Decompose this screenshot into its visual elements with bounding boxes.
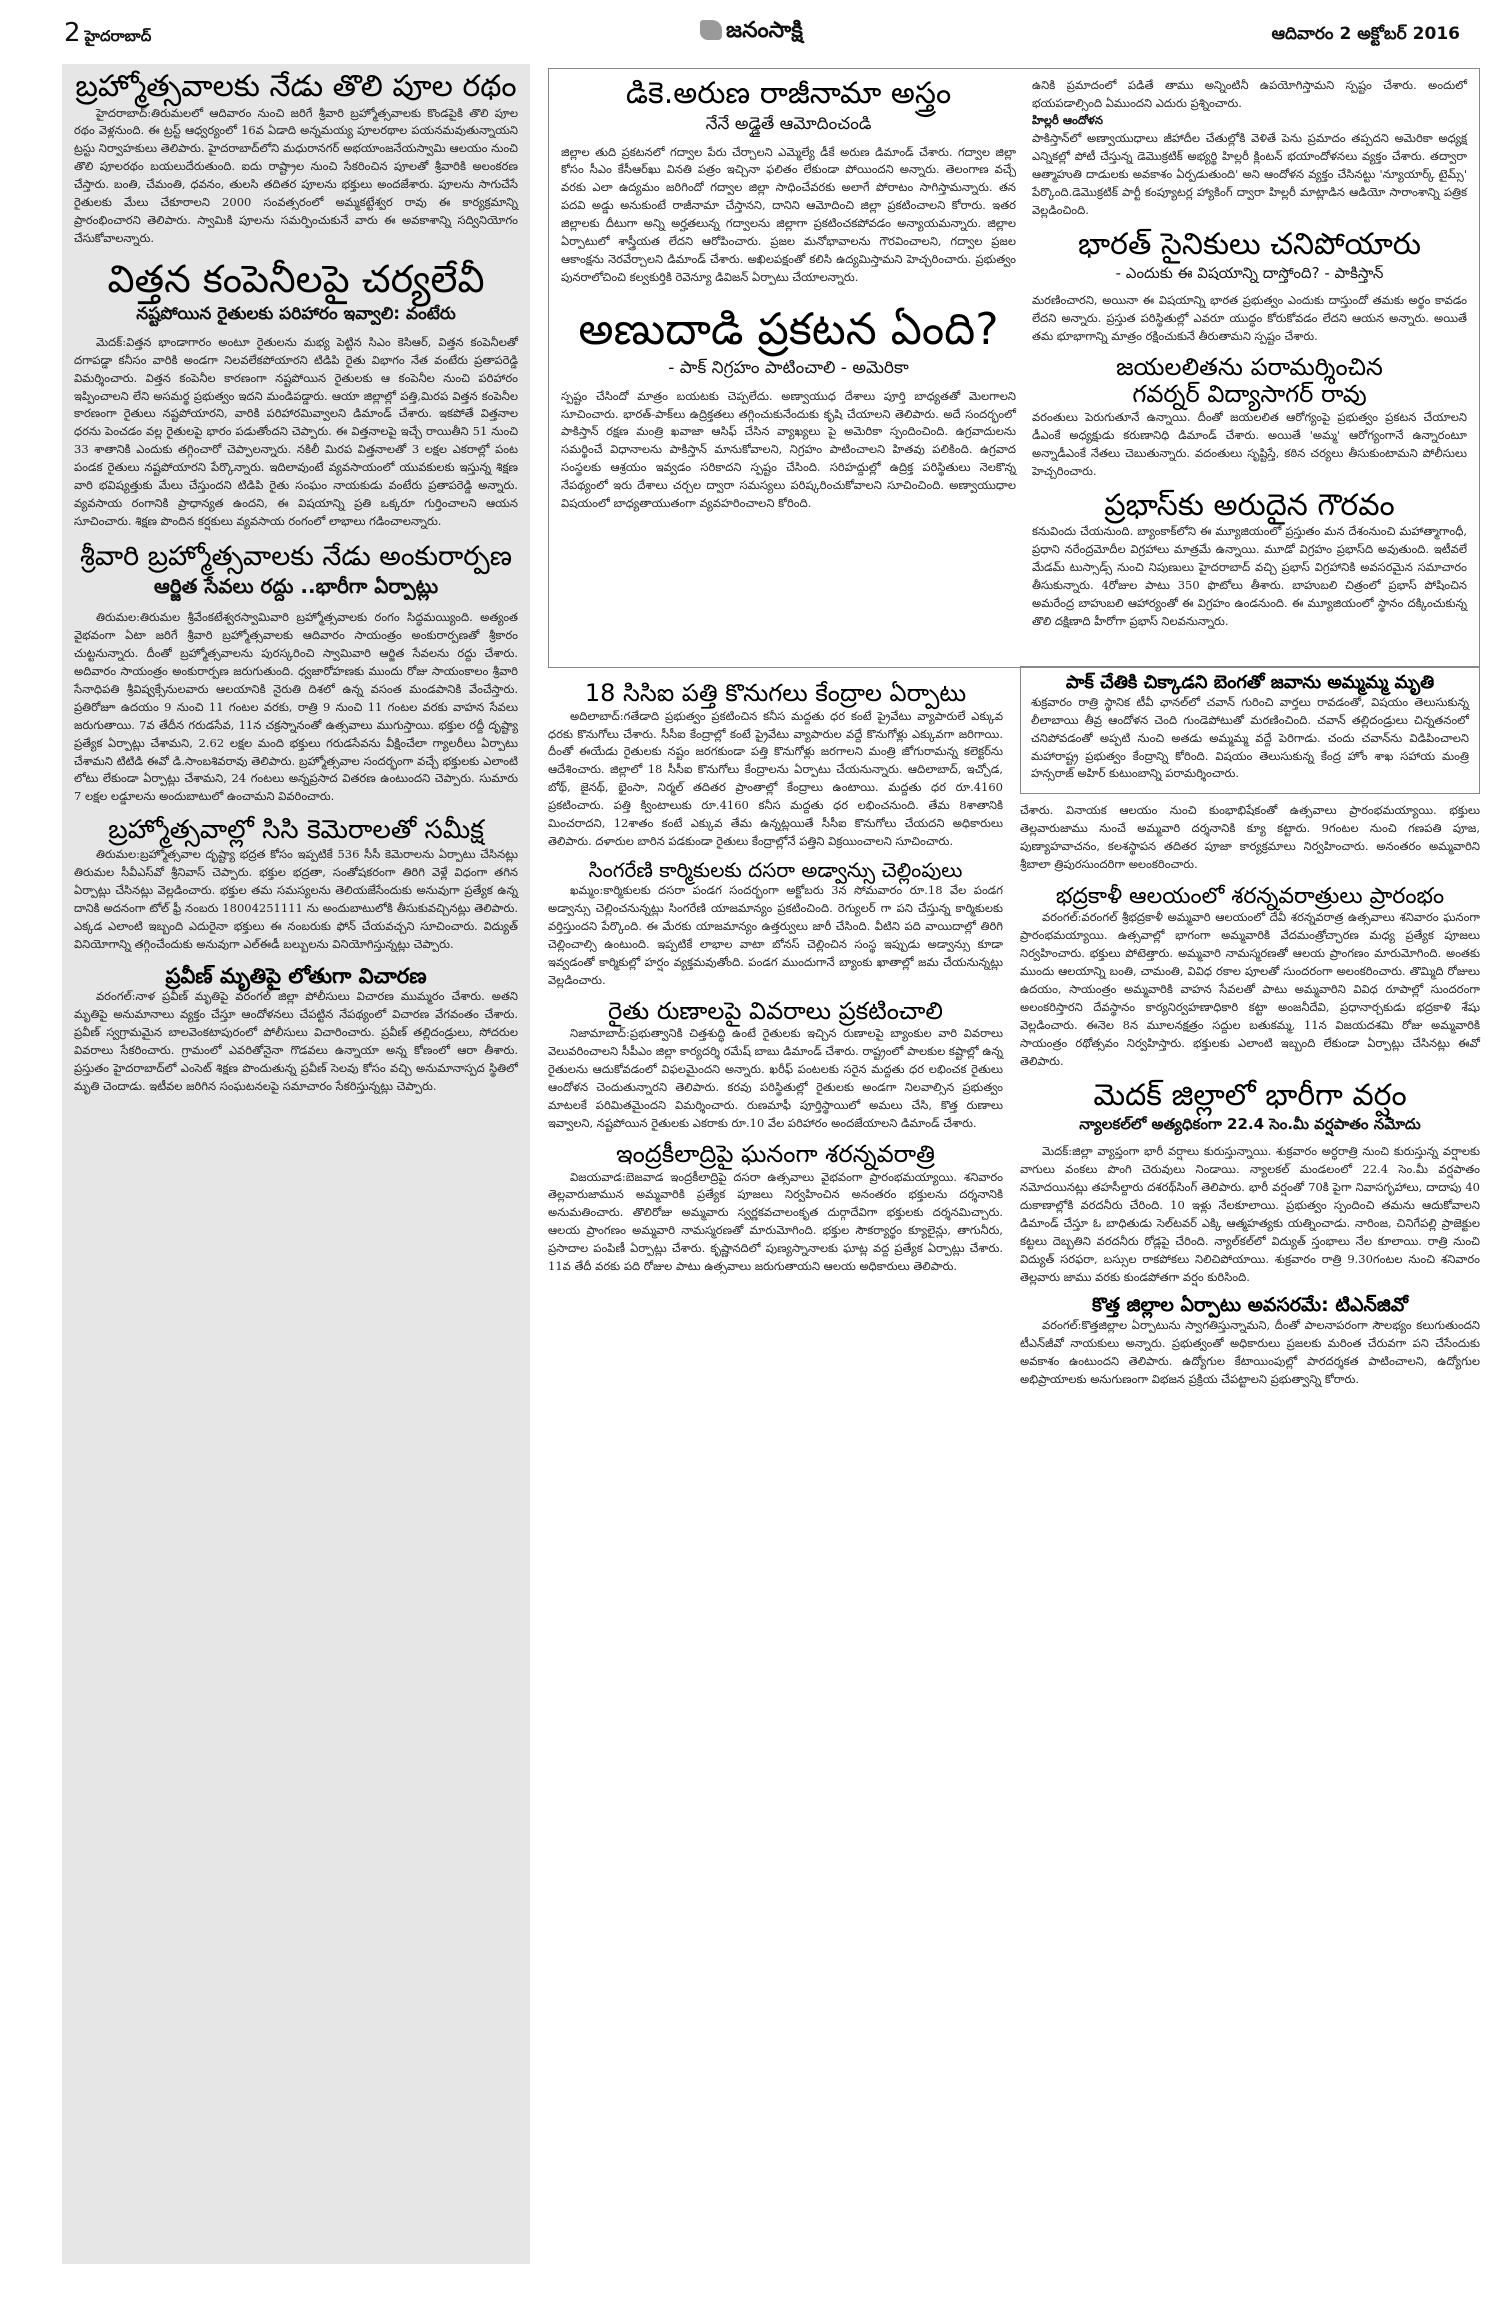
story-cci-cotton: 18 సిసిఐ పత్తి కొనుగలు కేంద్రాల ఏర్పాటు … bbox=[548, 680, 1003, 851]
story-tngo-new-districts: కొత్త జిల్లాల ఏర్పాటు అవసరమే: టిఎన్‌జివో… bbox=[1020, 1295, 1480, 1389]
article-body: మరణించారని, అయినా ఈ విషయాన్ని భారత ప్రభు… bbox=[1032, 292, 1467, 346]
story-dk-aruna: డికె.అరుణ రాజీనామా అస్త్రం నేనే అడ్డైతే … bbox=[561, 77, 1016, 287]
subheadline: నష్టపోయిన రైతులకు పరిహారం ఇవ్వాలి: వంటేర… bbox=[74, 304, 518, 328]
headline: అణుదాడి ప్రకటన ఏంది? bbox=[561, 305, 1016, 356]
article-body: ఖమ్మం:కార్మికులకు దసరా పండగ సందర్భంగా అక… bbox=[548, 882, 1003, 990]
headline: విత్తన కంపెనీలపై చర్యలేవీ bbox=[74, 258, 518, 302]
article-body: వరంగల్:వరంగల్ శ్రీభద్రకాళీ అమ్మవారి ఆలయం… bbox=[1020, 909, 1480, 1070]
article-body: మెదక్:జిల్లా వ్యాప్తంగా భారీ వర్షాలు కుర… bbox=[1020, 1143, 1480, 1287]
headline: ప్రభాస్‌కు అరుదైన గౌరవం bbox=[1032, 489, 1467, 524]
left-column: బ్రహ్మోత్సవాలకు నేడు తొలి పూల రథం హైదరాబ… bbox=[62, 64, 530, 2264]
headline: బ్రహ్మోత్సవాలకు నేడు తొలి పూల రథం bbox=[74, 70, 518, 105]
article-body: మెదక్:విత్తన భాండాగారం అంటూ రైతులను మభ్య… bbox=[74, 334, 518, 531]
story-bhadrakali-navaratri: చేశారు. వినాయక ఆలయం నుంచి కుంభాభిషేకంతో … bbox=[1020, 802, 1480, 1070]
story-jawan-grandmother: పాక్ చేతికి చిక్కాడని బెంగతో జవాను అమ్మమ… bbox=[1020, 666, 1480, 794]
headline: మెదక్ జిల్లాలో భారీగా వర్షం bbox=[1020, 1079, 1480, 1114]
story-indian-soldiers: భారత్ సైనికులు చనిపోయారు - ఎందుకు ఈ విషయ… bbox=[1032, 228, 1467, 346]
article-body-continued: చేశారు. వినాయక ఆలయం నుంచి కుంభాభిషేకంతో … bbox=[1020, 802, 1480, 874]
middle-column: 18 సిసిఐ పత్తి కొనుగలు కేంద్రాల ఏర్పాటు … bbox=[548, 680, 1003, 2250]
article-body: కనువిందు చేయనుంది. బ్యాంకాక్‌లోని ఈ మ్యూ… bbox=[1032, 523, 1467, 631]
headline: బ్రహ్మోత్సవాల్లో సిసి కెమెరాలతో సమీక్ష bbox=[74, 816, 518, 846]
story-nuclear-statement: అణుదాడి ప్రకటన ఏంది? - పాక్ నిగ్రహం పాటి… bbox=[561, 305, 1016, 513]
article-body: తిరుమల:బ్రహ్మోత్సవాల దృష్ట్యా భద్రత కోసం… bbox=[74, 846, 518, 954]
masthead: 2హైదరాబాద్ జనంసాక్షి ఆదివారం 2 అక్టోబర్ … bbox=[0, 0, 1500, 64]
headline: భారత్ సైనికులు చనిపోయారు bbox=[1032, 228, 1467, 263]
headline-line-2: గవర్నర్ విద్యాసాగర్ రావు bbox=[1032, 381, 1467, 409]
story-cc-cameras: బ్రహ్మోత్సవాల్లో సిసి కెమెరాలతో సమీక్ష త… bbox=[74, 816, 518, 954]
article-body: శుక్రవారం రాత్రి స్థానిక టీవీ ఛానల్‌లో చ… bbox=[1031, 694, 1469, 784]
headline-line-1: జయలలితను పరామర్శించిన bbox=[1032, 354, 1467, 382]
top-box-left: డికె.అరుణ రాజీనామా అస్త్రం నేనే అడ్డైతే … bbox=[561, 77, 1016, 521]
article-body: ఉనికి ప్రమాదంలో పడితే తాము అన్నింటినీ ఉప… bbox=[1032, 77, 1467, 113]
page-number: 2హైదరాబాద్ bbox=[64, 18, 151, 49]
headline: ఇంద్రకీలాద్రిపై ఘనంగా శరన్నవరాత్రి bbox=[548, 1141, 1003, 1169]
article-body: తిరుమల:తిరుమల శ్రీవేంకటేశ్వరస్వామివారి బ… bbox=[74, 609, 518, 806]
headline: శ్రీవారి బ్రహ్మోత్సవాలకు నేడు అంకురార్పణ bbox=[74, 541, 518, 572]
story-farmer-loans: రైతు రుణాలపై వివరాలు ప్రకటించాలి నిజామాబ… bbox=[548, 998, 1003, 1133]
section-name: హైదరాబాద్ bbox=[85, 27, 152, 45]
headline: భద్రకాళీ ఆలయంలో శరన్నవరాత్రులు ప్రారంభం bbox=[1020, 884, 1480, 909]
subheadline: ఆర్జిత సేవలు రద్దు ..భారీగా ఏర్పాట్లు bbox=[74, 574, 518, 603]
subheadline: - పాక్ నిగ్రహం పాటించాలి - అమెరికా bbox=[561, 358, 1016, 382]
story-praveen-death: ప్రవీణ్ మృతిపై లోతుగా విచారణ వరంగల్:నాళ … bbox=[74, 964, 518, 1096]
article-body: పాకిస్తాన్‌లో అణ్వాయుధాలు జీహాదీల చేతుల్… bbox=[1032, 130, 1467, 220]
story-brahmotsavam-ankurarpana: శ్రీవారి బ్రహ్మోత్సవాలకు నేడు అంకురార్పణ… bbox=[74, 541, 518, 806]
headline: సింగరేణి కార్మికులకు దసరా అడ్వాన్సు చెల్… bbox=[548, 859, 1003, 882]
story-medak-rain: మెదక్ జిల్లాలో భారీగా వర్షం న్యాలకల్‌లో … bbox=[1020, 1079, 1480, 1287]
article-body: వరంగల్:నాళ ప్రవీణ్ మృతిపై వరంగల్ జిల్లా … bbox=[74, 988, 518, 1096]
telangana-map-icon bbox=[700, 20, 722, 40]
dateline: ఆదివారం 2 అక్టోబర్ 2016 bbox=[1271, 24, 1460, 48]
story-singareni-advance: సింగరేణి కార్మికులకు దసరా అడ్వాన్సు చెల్… bbox=[548, 859, 1003, 990]
story-flower-chariot: బ్రహ్మోత్సవాలకు నేడు తొలి పూల రథం హైదరాబ… bbox=[74, 70, 518, 248]
subheadline: న్యాలకల్‌లో అత్యధికంగా 22.4 సెం.మీ వర్షప… bbox=[1020, 1115, 1480, 1137]
headline: రైతు రుణాలపై వివరాలు ప్రకటించాలి bbox=[548, 998, 1003, 1026]
article-body: నిజామాబాద్:ప్రభుత్వానికి చిత్తశుద్ధి ఉంట… bbox=[548, 1025, 1003, 1133]
article-body: స్పష్టం చేసిందో మాత్రం బయటకు చెప్పలేదు. … bbox=[561, 388, 1016, 514]
story-prabhas-honour: ప్రభాస్‌కు అరుదైన గౌరవం కనువిందు చేయనుంద… bbox=[1032, 489, 1467, 631]
top-story-box: డికె.అరుణ రాజీనామా అస్త్రం నేనే అడ్డైతే … bbox=[548, 68, 1480, 668]
right-column: పాక్ చేతికి చిక్కాడని బెంగతో జవాను అమ్మమ… bbox=[1020, 680, 1480, 2250]
article-body: హైదరాబాద్:తిరుమలలో ఆదివారం నుంచి జరిగే శ… bbox=[74, 105, 518, 249]
article-body: వరంతులు పెరుగుతూనే ఉన్నాయి. దీంతో జయలలిత… bbox=[1032, 409, 1467, 481]
subheadline: నేనే అడ్డైతే ఆమోదించండి bbox=[561, 114, 1016, 138]
article-body: విజయవాడ:బెజవాడ ఇంద్రకీలాద్రిపై దసరా ఉత్స… bbox=[548, 1169, 1003, 1277]
headline: 18 సిసిఐ పత్తి కొనుగలు కేంద్రాల ఏర్పాటు bbox=[548, 680, 1003, 708]
article-body: జిల్లాల తుది ప్రకటనలో గద్వాల పేరు చేర్చా… bbox=[561, 144, 1016, 288]
article-body: వరంగల్:కొత్తజిల్లాల ఏర్పాటును స్వాగతిస్త… bbox=[1020, 1317, 1480, 1389]
story-seed-companies: విత్తన కంపెనీలపై చర్యలేవీ నష్టపోయిన రైతు… bbox=[74, 258, 518, 531]
top-box-right: ఉనికి ప్రమాదంలో పడితే తాము అన్నింటినీ ఉప… bbox=[1032, 77, 1467, 639]
article-body: అదిలాబాద్:గతేడాది ప్రభుత్వం ప్రకటించిన క… bbox=[548, 708, 1003, 852]
story-indrakeeladri: ఇంద్రకీలాద్రిపై ఘనంగా శరన్నవరాత్రి విజయవ… bbox=[548, 1141, 1003, 1276]
headline: ప్రవీణ్ మృతిపై లోతుగా విచారణ bbox=[74, 964, 518, 988]
newspaper-logo: జనంసాక్షి bbox=[700, 18, 803, 48]
headline: పాక్ చేతికి చిక్కాడని బెంగతో జవాను అమ్మమ… bbox=[1031, 673, 1469, 694]
inline-subhead: హిల్లరీ ఆందోళన bbox=[1032, 113, 1467, 130]
headline: కొత్త జిల్లాల ఏర్పాటు అవసరమే: టిఎన్‌జివో bbox=[1020, 1295, 1480, 1317]
headline: డికె.అరుణ రాజీనామా అస్త్రం bbox=[561, 77, 1016, 112]
story-governor-jayalalitha: జయలలితను పరామర్శించిన గవర్నర్ విద్యాసాగర… bbox=[1032, 354, 1467, 481]
subheadline: - ఎందుకు ఈ విషయాన్ని దాస్తోంది? - పాకిస్… bbox=[1032, 264, 1467, 286]
story-hillary-concern: ఉనికి ప్రమాదంలో పడితే తాము అన్నింటినీ ఉప… bbox=[1032, 77, 1467, 220]
